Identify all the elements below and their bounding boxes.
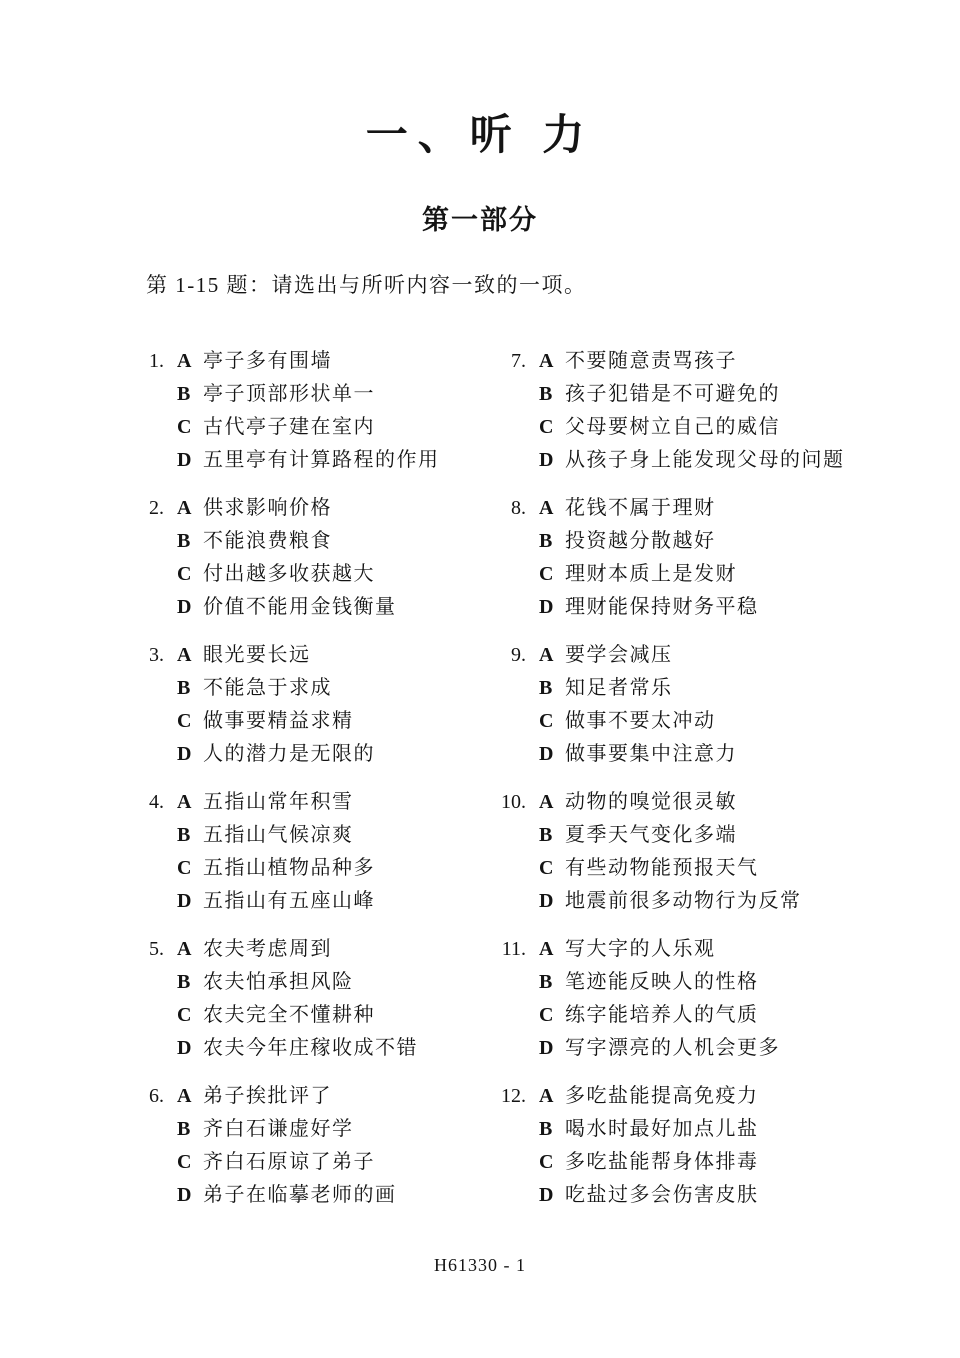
option-text: 多吃盐能提高免疫力 [565, 1080, 759, 1113]
option-text: 农夫今年庄稼收成不错 [203, 1032, 418, 1065]
option-letter: D [177, 738, 203, 771]
option-text: 孩子犯错是不可避免的 [565, 378, 780, 411]
option-letter: C [539, 999, 565, 1032]
answer-option: D 人的潜力是无限的 [177, 738, 468, 771]
question-number: 8. [468, 492, 539, 624]
option-letter: C [177, 999, 203, 1032]
option-text: 动物的嗅觉很灵敏 [565, 786, 737, 819]
answer-option: D 吃盐过多会伤害皮肤 [539, 1179, 888, 1212]
option-text: 地震前很多动物行为反常 [565, 885, 802, 918]
answer-option: A 眼光要长远 [177, 639, 468, 672]
options-list: A 农夫考虑周到 B 农夫怕承担风险 C 农夫完全不懂耕种 D 农夫今年庄稼收成… [177, 933, 468, 1065]
instructions-text: 第 1-15 题：请选出与所听内容一致的一项。 [146, 269, 960, 299]
option-text: 练字能培养人的气质 [565, 999, 759, 1032]
option-letter: B [539, 966, 565, 999]
option-letter: A [539, 345, 565, 378]
option-letter: B [539, 378, 565, 411]
answer-option: D 价值不能用金钱衡量 [177, 591, 468, 624]
option-letter: A [539, 786, 565, 819]
option-letter: D [177, 444, 203, 477]
option-text: 五里亭有计算路程的作用 [203, 444, 440, 477]
question-block: 5. A 农夫考虑周到 B 农夫怕承担风险 C 农夫完全不懂耕种 D 农夫今年庄… [106, 933, 468, 1065]
answer-option: C 理财本质上是发财 [539, 558, 888, 591]
question-number: 1. [106, 345, 177, 477]
options-list: A 五指山常年积雪 B 五指山气候凉爽 C 五指山植物品种多 D 五指山有五座山… [177, 786, 468, 918]
options-list: A 弟子挨批评了 B 齐白石谦虚好学 C 齐白石原谅了弟子 D 弟子在临摹老师的… [177, 1080, 468, 1212]
option-text: 弟子在临摹老师的画 [203, 1179, 397, 1212]
answer-option: C 农夫完全不懂耕种 [177, 999, 468, 1032]
option-text: 多吃盐能帮身体排毒 [565, 1146, 759, 1179]
option-text: 从孩子身上能发现父母的问题 [565, 444, 845, 477]
answer-option: D 农夫今年庄稼收成不错 [177, 1032, 468, 1065]
answer-option: C 父母要树立自己的威信 [539, 411, 888, 444]
option-letter: C [539, 1146, 565, 1179]
option-letter: C [177, 411, 203, 444]
answer-option: C 有些动物能预报天气 [539, 852, 888, 885]
question-block: 8. A 花钱不属于理财 B 投资越分散越好 C 理财本质上是发财 D 理财能保… [468, 492, 888, 624]
answer-option: D 地震前很多动物行为反常 [539, 885, 888, 918]
option-text: 价值不能用金钱衡量 [203, 591, 397, 624]
option-text: 做事要集中注意力 [565, 738, 737, 771]
option-letter: B [539, 672, 565, 705]
answer-option: A 动物的嗅觉很灵敏 [539, 786, 888, 819]
answer-option: C 付出越多收获越大 [177, 558, 468, 591]
question-number: 9. [468, 639, 539, 771]
option-letter: C [177, 705, 203, 738]
option-text: 不能浪费粮食 [203, 525, 332, 558]
option-letter: D [177, 1179, 203, 1212]
question-block: 1. A 亭子多有围墙 B 亭子顶部形状单一 C 古代亭子建在室内 D 五里亭有… [106, 345, 468, 477]
option-letter: D [539, 738, 565, 771]
answer-option: B 不能急于求成 [177, 672, 468, 705]
option-letter: B [177, 525, 203, 558]
option-text: 写大字的人乐观 [565, 933, 716, 966]
question-block: 3. A 眼光要长远 B 不能急于求成 C 做事要精益求精 D 人的潜力是无限的 [106, 639, 468, 771]
options-list: A 花钱不属于理财 B 投资越分散越好 C 理财本质上是发财 D 理财能保持财务… [539, 492, 888, 624]
question-number: 10. [468, 786, 539, 918]
option-text: 齐白石谦虚好学 [203, 1113, 354, 1146]
answer-option: D 五里亭有计算路程的作用 [177, 444, 468, 477]
option-letter: A [539, 933, 565, 966]
options-list: A 要学会减压 B 知足者常乐 C 做事不要太冲动 D 做事要集中注意力 [539, 639, 888, 771]
answer-option: B 笔迹能反映人的性格 [539, 966, 888, 999]
question-number: 11. [468, 933, 539, 1065]
option-letter: A [177, 492, 203, 525]
exam-page: 一、听 力 第一部分 第 1-15 题：请选出与所听内容一致的一项。 1. A … [0, 0, 960, 1358]
option-text: 农夫怕承担风险 [203, 966, 354, 999]
answer-option: B 农夫怕承担风险 [177, 966, 468, 999]
question-block: 2. A 供求影响价格 B 不能浪费粮食 C 付出越多收获越大 D 价值不能用金… [106, 492, 468, 624]
question-number: 4. [106, 786, 177, 918]
answer-option: C 古代亭子建在室内 [177, 411, 468, 444]
option-text: 有些动物能预报天气 [565, 852, 759, 885]
option-letter: C [177, 1146, 203, 1179]
option-text: 做事不要太冲动 [565, 705, 716, 738]
option-letter: A [177, 933, 203, 966]
option-letter: A [539, 1080, 565, 1113]
option-text: 齐白石原谅了弟子 [203, 1146, 375, 1179]
questions-grid: 1. A 亭子多有围墙 B 亭子顶部形状单一 C 古代亭子建在室内 D 五里亭有… [106, 345, 960, 1227]
answer-option: B 亭子顶部形状单一 [177, 378, 468, 411]
option-letter: C [539, 852, 565, 885]
option-letter: D [539, 591, 565, 624]
option-letter: B [177, 819, 203, 852]
answer-option: B 五指山气候凉爽 [177, 819, 468, 852]
question-number: 3. [106, 639, 177, 771]
section-title: 一、听 力 [0, 102, 960, 162]
option-text: 喝水时最好加点儿盐 [565, 1113, 759, 1146]
option-text: 吃盐过多会伤害皮肤 [565, 1179, 759, 1212]
option-letter: A [539, 492, 565, 525]
answer-option: C 齐白石原谅了弟子 [177, 1146, 468, 1179]
option-letter: D [177, 591, 203, 624]
options-list: A 供求影响价格 B 不能浪费粮食 C 付出越多收获越大 D 价值不能用金钱衡量 [177, 492, 468, 624]
option-text: 知足者常乐 [565, 672, 673, 705]
answer-option: B 孩子犯错是不可避免的 [539, 378, 888, 411]
option-text: 不要随意责骂孩子 [565, 345, 737, 378]
option-text: 夏季天气变化多端 [565, 819, 737, 852]
answer-option: D 五指山有五座山峰 [177, 885, 468, 918]
option-letter: D [177, 1032, 203, 1065]
option-text: 写字漂亮的人机会更多 [565, 1032, 780, 1065]
answer-option: B 知足者常乐 [539, 672, 888, 705]
option-letter: D [177, 885, 203, 918]
option-text: 理财本质上是发财 [565, 558, 737, 591]
option-letter: D [539, 1179, 565, 1212]
answer-option: B 喝水时最好加点儿盐 [539, 1113, 888, 1146]
answer-option: A 写大字的人乐观 [539, 933, 888, 966]
answer-option: A 不要随意责骂孩子 [539, 345, 888, 378]
answer-option: B 投资越分散越好 [539, 525, 888, 558]
option-text: 五指山植物品种多 [203, 852, 375, 885]
option-text: 理财能保持财务平稳 [565, 591, 759, 624]
answer-option: B 齐白石谦虚好学 [177, 1113, 468, 1146]
answer-option: A 农夫考虑周到 [177, 933, 468, 966]
option-text: 笔迹能反映人的性格 [565, 966, 759, 999]
option-letter: B [539, 525, 565, 558]
question-number: 5. [106, 933, 177, 1065]
option-letter: B [177, 378, 203, 411]
options-list: A 不要随意责骂孩子 B 孩子犯错是不可避免的 C 父母要树立自己的威信 D 从… [539, 345, 888, 477]
option-letter: A [177, 345, 203, 378]
option-text: 人的潜力是无限的 [203, 738, 375, 771]
question-block: 10. A 动物的嗅觉很灵敏 B 夏季天气变化多端 C 有些动物能预报天气 D … [468, 786, 888, 918]
option-letter: C [539, 558, 565, 591]
option-letter: D [539, 444, 565, 477]
option-letter: D [539, 885, 565, 918]
option-letter: B [177, 672, 203, 705]
option-text: 农夫完全不懂耕种 [203, 999, 375, 1032]
questions-column-right: 7. A 不要随意责骂孩子 B 孩子犯错是不可避免的 C 父母要树立自己的威信 … [468, 345, 888, 1227]
answer-option: D 写字漂亮的人机会更多 [539, 1032, 888, 1065]
answer-option: A 要学会减压 [539, 639, 888, 672]
option-text: 亭子多有围墙 [203, 345, 332, 378]
question-block: 4. A 五指山常年积雪 B 五指山气候凉爽 C 五指山植物品种多 D 五指山有… [106, 786, 468, 918]
answer-option: C 五指山植物品种多 [177, 852, 468, 885]
option-text: 父母要树立自己的威信 [565, 411, 780, 444]
options-list: A 亭子多有围墙 B 亭子顶部形状单一 C 古代亭子建在室内 D 五里亭有计算路… [177, 345, 468, 477]
questions-column-left: 1. A 亭子多有围墙 B 亭子顶部形状单一 C 古代亭子建在室内 D 五里亭有… [106, 345, 468, 1227]
answer-option: C 做事要精益求精 [177, 705, 468, 738]
options-list: A 多吃盐能提高免疫力 B 喝水时最好加点儿盐 C 多吃盐能帮身体排毒 D 吃盐… [539, 1080, 888, 1212]
answer-option: A 供求影响价格 [177, 492, 468, 525]
part-heading: 第一部分 [0, 198, 960, 237]
answer-option: A 多吃盐能提高免疫力 [539, 1080, 888, 1113]
answer-option: A 亭子多有围墙 [177, 345, 468, 378]
question-number: 6. [106, 1080, 177, 1212]
option-text: 花钱不属于理财 [565, 492, 716, 525]
question-number: 2. [106, 492, 177, 624]
option-text: 五指山有五座山峰 [203, 885, 375, 918]
answer-option: C 做事不要太冲动 [539, 705, 888, 738]
option-text: 付出越多收获越大 [203, 558, 375, 591]
answer-option: A 五指山常年积雪 [177, 786, 468, 819]
answer-option: C 多吃盐能帮身体排毒 [539, 1146, 888, 1179]
option-text: 不能急于求成 [203, 672, 332, 705]
option-letter: B [177, 966, 203, 999]
option-letter: A [177, 786, 203, 819]
option-text: 眼光要长远 [203, 639, 311, 672]
answer-option: A 弟子挨批评了 [177, 1080, 468, 1113]
option-letter: A [539, 639, 565, 672]
option-text: 要学会减压 [565, 639, 673, 672]
option-letter: D [539, 1032, 565, 1065]
option-letter: C [539, 705, 565, 738]
option-text: 五指山常年积雪 [203, 786, 354, 819]
answer-option: D 从孩子身上能发现父母的问题 [539, 444, 888, 477]
option-letter: C [539, 411, 565, 444]
option-text: 做事要精益求精 [203, 705, 354, 738]
option-text: 古代亭子建在室内 [203, 411, 375, 444]
answer-option: C 练字能培养人的气质 [539, 999, 888, 1032]
options-list: A 写大字的人乐观 B 笔迹能反映人的性格 C 练字能培养人的气质 D 写字漂亮… [539, 933, 888, 1065]
option-text: 供求影响价格 [203, 492, 332, 525]
question-block: 11. A 写大字的人乐观 B 笔迹能反映人的性格 C 练字能培养人的气质 D … [468, 933, 888, 1065]
option-text: 五指山气候凉爽 [203, 819, 354, 852]
option-letter: C [177, 852, 203, 885]
options-list: A 动物的嗅觉很灵敏 B 夏季天气变化多端 C 有些动物能预报天气 D 地震前很… [539, 786, 888, 918]
answer-option: A 花钱不属于理财 [539, 492, 888, 525]
question-number: 12. [468, 1080, 539, 1212]
question-block: 6. A 弟子挨批评了 B 齐白石谦虚好学 C 齐白石原谅了弟子 D 弟子在临摹… [106, 1080, 468, 1212]
options-list: A 眼光要长远 B 不能急于求成 C 做事要精益求精 D 人的潜力是无限的 [177, 639, 468, 771]
question-number: 7. [468, 345, 539, 477]
answer-option: B 不能浪费粮食 [177, 525, 468, 558]
option-text: 亭子顶部形状单一 [203, 378, 375, 411]
option-letter: A [177, 639, 203, 672]
option-letter: C [177, 558, 203, 591]
question-block: 12. A 多吃盐能提高免疫力 B 喝水时最好加点儿盐 C 多吃盐能帮身体排毒 … [468, 1080, 888, 1212]
answer-option: D 做事要集中注意力 [539, 738, 888, 771]
option-letter: A [177, 1080, 203, 1113]
option-letter: B [177, 1113, 203, 1146]
option-text: 投资越分散越好 [565, 525, 716, 558]
option-text: 农夫考虑周到 [203, 933, 332, 966]
answer-option: D 弟子在临摹老师的画 [177, 1179, 468, 1212]
question-block: 9. A 要学会减压 B 知足者常乐 C 做事不要太冲动 D 做事要集中注意力 [468, 639, 888, 771]
page-footer-code: H61330 - 1 [0, 1255, 960, 1276]
option-letter: B [539, 1113, 565, 1146]
answer-option: D 理财能保持财务平稳 [539, 591, 888, 624]
question-block: 7. A 不要随意责骂孩子 B 孩子犯错是不可避免的 C 父母要树立自己的威信 … [468, 345, 888, 477]
option-text: 弟子挨批评了 [203, 1080, 332, 1113]
answer-option: B 夏季天气变化多端 [539, 819, 888, 852]
option-letter: B [539, 819, 565, 852]
